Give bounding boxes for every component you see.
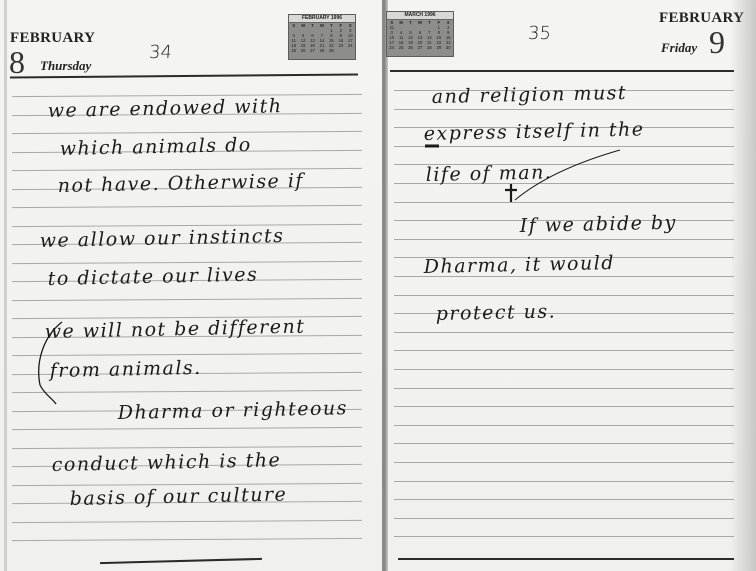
ruled-line [394,369,734,370]
ruled-line [394,388,734,389]
ruled-line [394,499,734,500]
handwritten-line: Dharma or righteous [118,397,349,424]
mini-calendar-title: FEBRUARY 1996 [289,15,355,23]
calendar-day: 29 [434,45,443,50]
weekday-label: Thursday [40,58,91,74]
bottom-rule [100,558,262,564]
handwritten-line: we will not be different [45,316,306,343]
ruled-line [12,390,362,393]
calendar-day: 26 [406,45,415,50]
calendar-day: 25 [289,48,298,53]
ruled-line [394,536,734,537]
handwritten-line: conduct which is the [52,449,282,476]
header-rule [10,73,358,78]
handwritten-line: express itself in the [424,118,645,145]
mini-calendar-march: MARCH 1996 SMTWTFS 311234567891011121314… [386,11,454,57]
mini-calendar-title: MARCH 1996 [387,12,453,20]
ruled-line [394,332,734,333]
calendar-day: 24 [387,45,396,50]
ruled-line [394,239,734,240]
calendar-day: 30 [444,45,453,50]
handwritten-line: life of man. [426,161,553,186]
calendar-week-row: 24252627282930 [387,45,453,50]
ruled-line [12,297,362,300]
handwritten-line: from animals. [50,357,202,382]
calendar-day [336,48,345,53]
ruled-line [12,353,362,356]
ruled-line [12,205,362,208]
handwritten-line: we are endowed with [48,95,283,122]
ruled-line [394,462,734,463]
month-label: FEBRUARY [659,10,744,27]
calendar-day: 26 [298,48,307,53]
handwritten-page-number: 35 [527,23,551,44]
right-diary-page: MARCH 1996 SMTWTFS 311234567891011121314… [384,0,756,571]
calendar-day: 29 [327,48,336,53]
handwritten-line: basis of our culture [70,483,288,510]
handwritten-line: which animals do [60,134,252,160]
ruled-line [12,427,362,430]
calendar-day: 25 [396,45,405,50]
ruled-line [394,295,734,296]
ruled-line [394,443,734,444]
handwritten-page-number: 34 [148,42,172,63]
handwritten-line: to dictate our lives [48,264,259,290]
handwritten-line: protect us. [436,300,557,325]
header-rule [390,70,734,72]
calendar-day: 28 [317,48,326,53]
ruled-line [394,350,734,351]
calendar-day [346,48,355,53]
weekday-label: Friday [661,40,697,56]
mini-calendar-february: FEBRUARY 1996 SMTWTFS 123456789101112131… [288,14,356,60]
bottom-rule [398,558,734,560]
mini-calendar-grid: SMTWTFS 31123456789101112131415161718192… [387,20,453,50]
ruled-line [394,481,734,482]
day-number: 9 [709,26,725,58]
mini-calendar-grid: SMTWTFS 12345678910111213141516171819202… [289,23,355,53]
ruled-line [394,518,734,519]
ruled-line [394,202,734,203]
handwritten-line: Dharma, it would [424,252,616,278]
ruled-line [12,538,362,541]
ruled-line [394,146,734,147]
calendar-week-row: 2526272829 [289,48,355,53]
ruled-line [394,406,734,407]
ruled-line [12,445,362,448]
handwritten-line: not have. Otherwise if [58,170,305,197]
day-number: 8 [9,46,25,78]
calendar-day: 28 [425,45,434,50]
ruled-line [12,519,362,522]
handwritten-line: If we abide by [520,212,677,237]
ruled-line [12,168,362,171]
ruled-line [12,131,362,134]
ruled-line [394,109,734,110]
ruled-line [12,260,362,263]
left-diary-page: FEBRUARY 8 Thursday 34 FEBRUARY 1996 SMT… [0,0,384,571]
handwritten-line: we allow our instincts [40,225,285,252]
calendar-day: 27 [415,45,424,50]
handwritten-line: and religion must [432,82,628,108]
calendar-day: 27 [308,48,317,53]
ruled-line [394,425,734,426]
